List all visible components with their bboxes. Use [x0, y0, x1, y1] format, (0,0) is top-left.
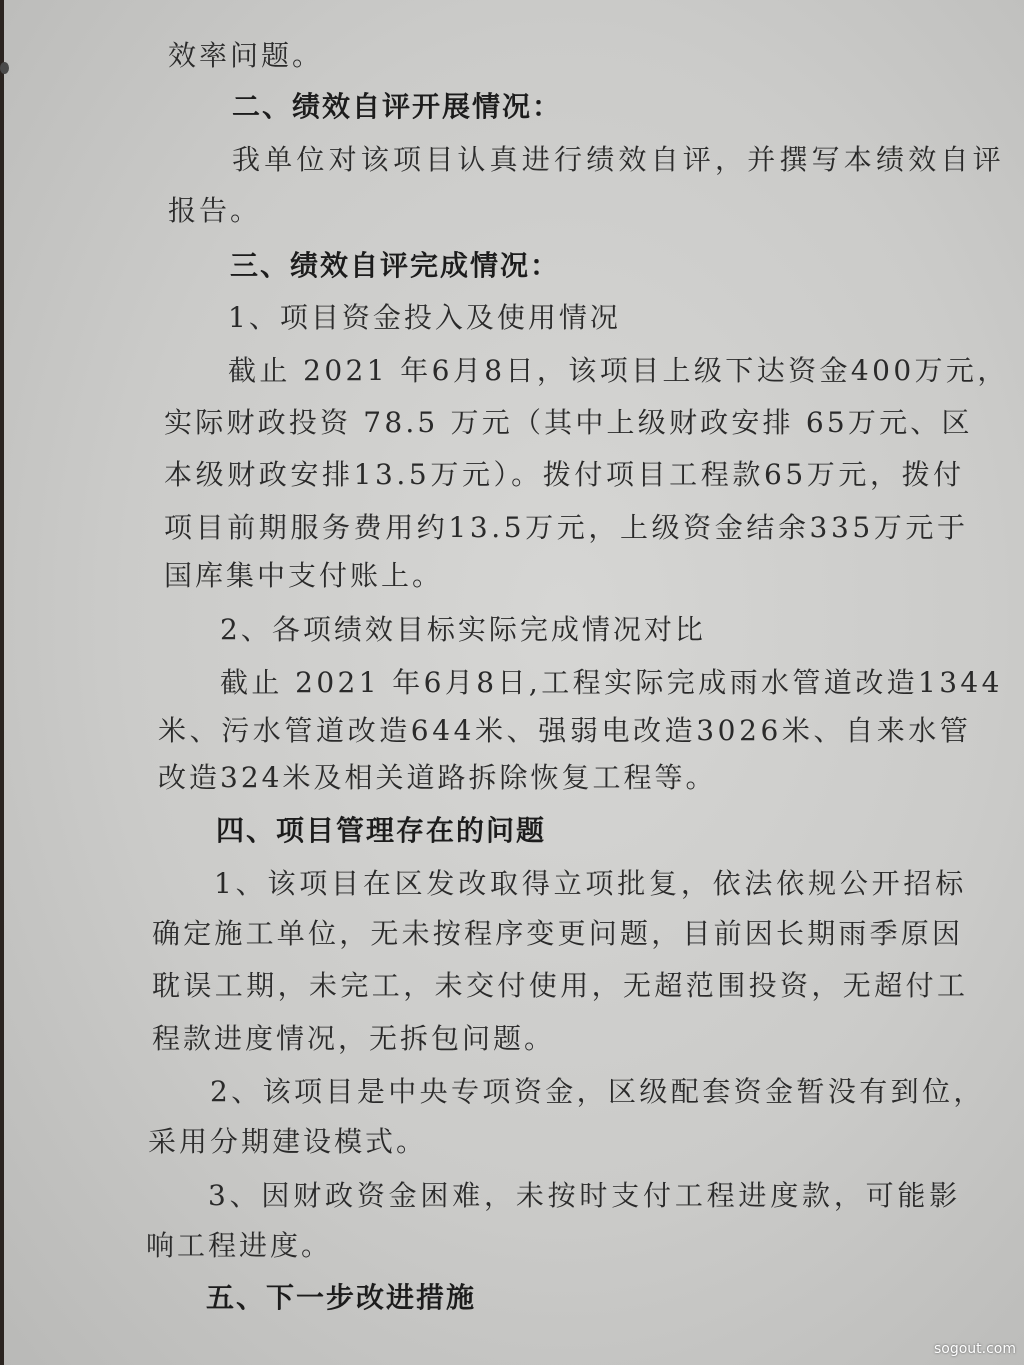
paragraph-line: 项目前期服务费用约13.5万元，上级资金结余335万元于: [164, 510, 969, 546]
paragraph-line: 2、该项目是中央专项资金，区级配套资金暂没有到位，: [210, 1074, 985, 1110]
paragraph-line: 3、因财政资金困难，未按时支付工程进度款，可能影: [208, 1178, 961, 1214]
paragraph-line: 程款进度情况，无拆包问题。: [152, 1021, 555, 1057]
subsection-1-heading: 1、项目资金投入及使用情况: [228, 300, 621, 336]
paragraph-line: 米、污水管道改造644米、强弱电改造3026米、自来水管: [158, 713, 972, 749]
section-4-heading: 四、项目管理存在的问题: [216, 813, 546, 849]
section-2-body-line: 报告。: [168, 193, 261, 229]
section-5-heading: 五、下一步改进措施: [206, 1280, 476, 1316]
continuation-text: 效率问题。: [168, 38, 323, 74]
page-edge-shadow: [0, 0, 4, 1365]
paragraph-line: 截止 2021 年6月8日,工程实际完成雨水管道改造1344: [220, 665, 1003, 701]
paragraph-line: 耽误工期，未完工，未交付使用，无超范围投资，无超付工: [152, 968, 968, 1004]
paragraph-line: 确定施工单位，无未按程序变更问题，目前因长期雨季原因: [152, 916, 963, 952]
paragraph-line: 实际财政投资 78.5 万元（其中上级财政安排 65万元、区: [164, 405, 973, 441]
section-3-heading: 三、绩效自评完成情况：: [230, 248, 560, 284]
paragraph-line: 响工程进度。: [146, 1228, 332, 1264]
paragraph-line: 采用分期建设模式。: [148, 1124, 427, 1160]
paragraph-line: 本级财政安排13.5万元）。拨付项目工程款65万元，拨付: [164, 457, 965, 493]
binding-hole: [0, 62, 9, 74]
section-2-heading: 二、绩效自评开展情况：: [232, 89, 562, 125]
paragraph-line: 1、该项目在区发改取得立项批复，依法依规公开招标: [214, 866, 967, 902]
subsection-2-heading: 2、各项绩效目标实际完成情况对比: [220, 612, 706, 648]
section-2-body-line: 我单位对该项目认真进行绩效自评，并撰写本绩效自评: [232, 142, 1005, 178]
paragraph-line: 国库集中支付账上。: [164, 558, 443, 594]
watermark: sogout.com: [934, 1341, 1016, 1357]
paragraph-line: 改造324米及相关道路拆除恢复工程等。: [158, 760, 716, 796]
paragraph-line: 截止 2021 年6月8日，该项目上级下达资金400万元，: [228, 353, 1009, 389]
